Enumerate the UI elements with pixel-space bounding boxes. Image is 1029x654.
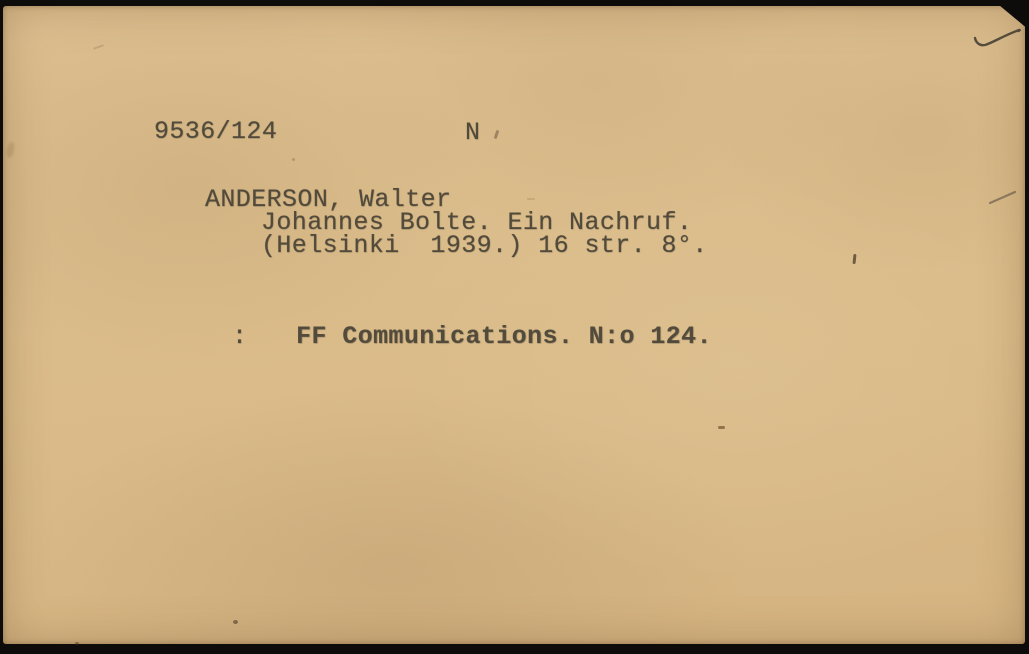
ink-tick-mark (852, 254, 856, 264)
paper-speck (292, 158, 295, 161)
scanner-background: { "card": { "call_number": "9536/124", "… (0, 0, 1029, 654)
classification-letter: N (465, 118, 480, 147)
imprint-line: (Helsinki 1939.) 16 str. 8°. (261, 231, 708, 260)
call-number: 9536/124 (154, 117, 277, 146)
pen-stroke (988, 188, 1018, 206)
paper-speck (718, 426, 725, 429)
scan-corner-shadow (993, 0, 1029, 30)
paper-smudge (5, 141, 15, 158)
catalog-card: 9536/124 N ANDERSON, Walter Johannes Bol… (3, 6, 1025, 644)
pencil-comma-mark (494, 130, 500, 139)
paper-speck (93, 44, 104, 49)
series-separator: : (232, 322, 247, 351)
series-note: FF Communications. N:o 124. (296, 322, 712, 351)
paper-speck (233, 620, 238, 624)
paper-speck (75, 642, 79, 645)
paper-speck (527, 198, 535, 200)
